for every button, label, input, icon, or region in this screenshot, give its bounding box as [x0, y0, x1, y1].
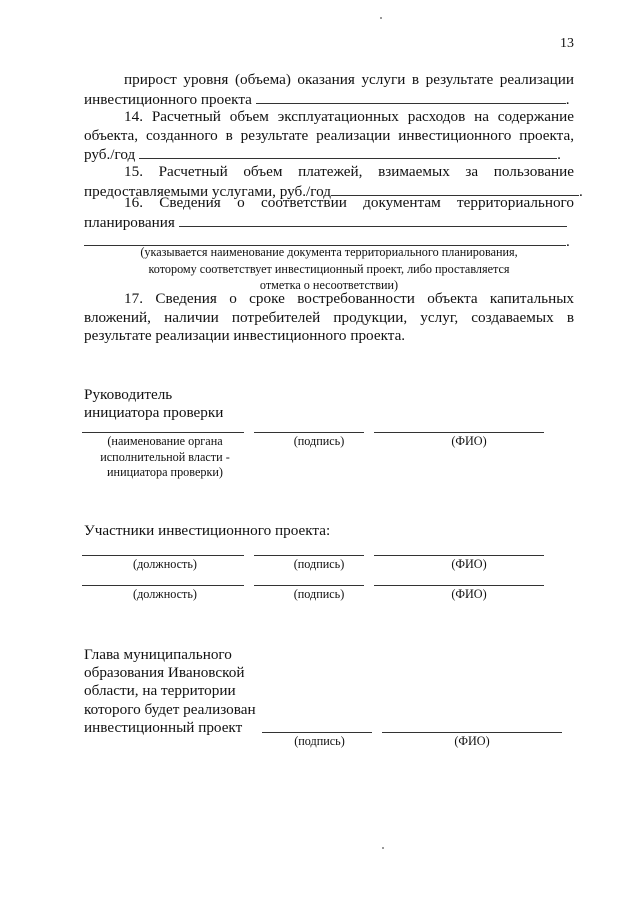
position-line-2[interactable] — [82, 585, 244, 586]
p16-line1: 16. Сведения о соответствии документам т… — [84, 194, 574, 213]
head-title-line2: инициатора проверки — [84, 404, 223, 422]
p13-line2: инвестиционного проекта . — [84, 90, 574, 110]
fill-in-blank[interactable] — [179, 213, 567, 227]
caption-signature-1: (подпись) — [254, 557, 384, 573]
period: . — [566, 91, 570, 108]
caption-org-line1: (наименование органа — [84, 434, 246, 450]
signature-line-2[interactable] — [254, 585, 364, 586]
full-name-line-1[interactable] — [374, 555, 544, 556]
period: . — [557, 146, 561, 163]
caption-org: (наименование органа исполнительной влас… — [84, 434, 246, 481]
caption-name: (ФИО) — [374, 434, 564, 450]
head-title-line1: Руководитель — [84, 386, 223, 404]
p14-line1: 14. Расчетный объем эксплуатационных рас… — [84, 108, 574, 127]
fill-in-blank[interactable] — [139, 145, 557, 159]
p16-line2: планирования — [84, 213, 574, 233]
paragraph-17: 17. Сведения о сроке востребованности об… — [84, 290, 574, 346]
p16-line2-text: планирования — [84, 214, 175, 231]
municipal-title-line5: инвестиционный проект — [84, 719, 256, 737]
municipal-title-line3: области, на территории — [84, 682, 256, 700]
paragraph-16-note: (указывается наименование документа терр… — [84, 244, 574, 294]
caption-signature-2: (подпись) — [254, 587, 384, 603]
p17-line1: 17. Сведения о сроке востребованности об… — [84, 290, 574, 309]
period: . — [579, 183, 583, 200]
p13-line2-text: инвестиционного проекта — [84, 91, 252, 108]
full-name-line[interactable] — [374, 432, 544, 433]
caption-name-2: (ФИО) — [374, 587, 564, 603]
caption-org-line3: инициатора проверки) — [84, 465, 246, 481]
fill-in-blank[interactable] — [256, 90, 566, 104]
caption-position-1: (должность) — [84, 557, 246, 573]
note-line1: (указывается наименование документа терр… — [84, 244, 574, 261]
caption-signature: (подпись) — [254, 434, 384, 450]
head-title: Руководитель инициатора проверки — [84, 386, 223, 422]
municipal-caption-signature: (подпись) — [262, 734, 377, 750]
municipal-signature-line[interactable] — [262, 732, 372, 733]
signature-line-1[interactable] — [254, 555, 364, 556]
caption-name-1: (ФИО) — [374, 557, 564, 573]
municipal-title-line4: которого будет реализован — [84, 701, 256, 719]
scan-speck — [380, 17, 382, 19]
scan-speck — [382, 847, 384, 849]
participants-title: Участники инвестиционного проекта: — [84, 522, 330, 540]
signature-line[interactable] — [254, 432, 364, 433]
full-name-line-2[interactable] — [374, 585, 544, 586]
p14-line3: руб./год . — [84, 145, 574, 165]
paragraph-16: 16. Сведения о соответствии документам т… — [84, 194, 574, 252]
p17-line3: результате реализации инвестиционного пр… — [84, 327, 574, 346]
p14-line3-text: руб./год — [84, 146, 135, 163]
paragraph-13: прирост уровня (объема) оказания услуги … — [84, 71, 574, 109]
paragraph-14: 14. Расчетный объем эксплуатационных рас… — [84, 108, 574, 165]
municipal-caption-name: (ФИО) — [382, 734, 562, 750]
p13-line1: прирост уровня (объема) оказания услуги … — [84, 71, 574, 90]
p14-line2: объекта, созданного в результате реализа… — [84, 127, 574, 146]
org-name-line[interactable] — [82, 432, 244, 433]
caption-position-2: (должность) — [84, 587, 246, 603]
p15-line1: 15. Расчетный объем платежей, взимаемых … — [84, 163, 574, 182]
page-number: 13 — [560, 36, 574, 52]
position-line-1[interactable] — [82, 555, 244, 556]
municipal-head-title: Глава муниципального образования Ивановс… — [84, 646, 256, 737]
p17-line2: вложений, наличии потребителей продукции… — [84, 309, 574, 328]
municipal-full-name-line[interactable] — [382, 732, 562, 733]
note-line2: которому соответствует инвестиционный пр… — [84, 261, 574, 278]
municipal-title-line1: Глава муниципального — [84, 646, 256, 664]
municipal-title-line2: образования Ивановской — [84, 664, 256, 682]
caption-org-line2: исполнительной власти - — [84, 450, 246, 466]
